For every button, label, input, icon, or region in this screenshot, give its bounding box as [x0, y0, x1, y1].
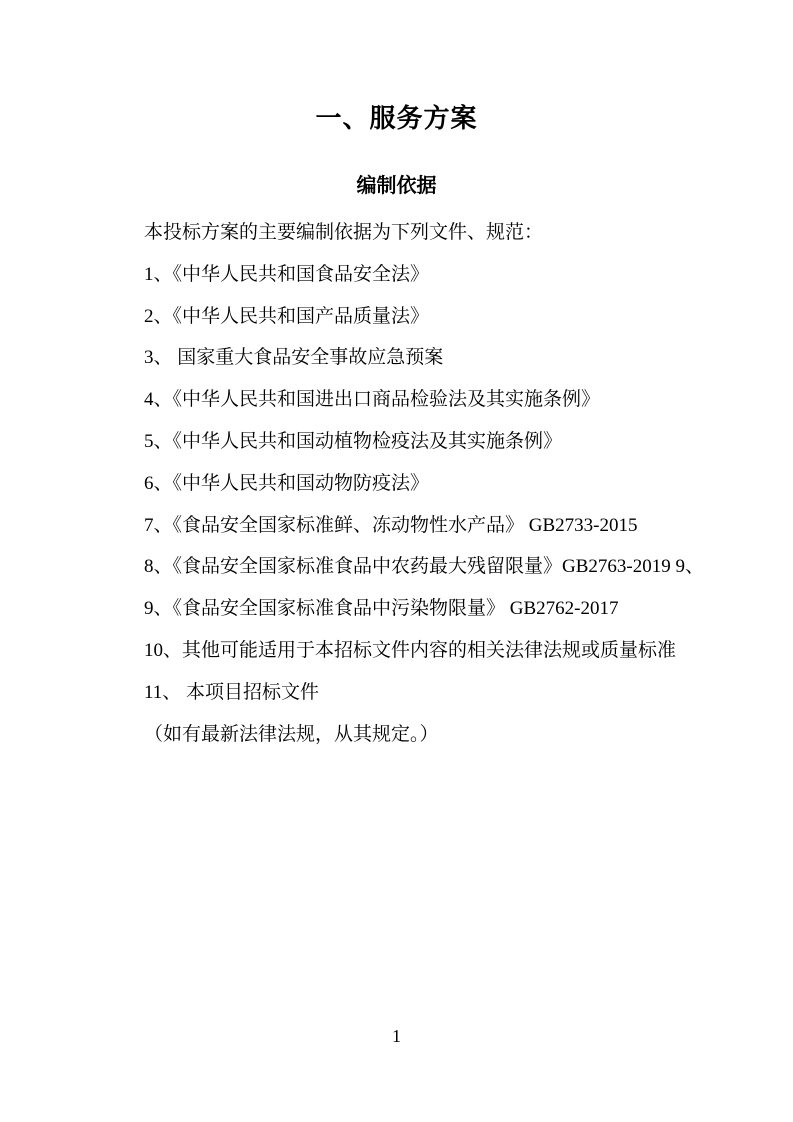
- intro-paragraph: 本投标方案的主要编制依据为下列文件、规范：: [144, 212, 704, 254]
- list-item-7: 7、《食品安全国家标准鲜、冻动物性水产品》 GB2733-2015: [144, 505, 704, 547]
- section-heading: 编制依据: [0, 172, 793, 200]
- document-page: 一、服务方案 编制依据 本投标方案的主要编制依据为下列文件、规范： 1、《中华人…: [0, 0, 793, 1122]
- list-item-5: 5、《中华人民共和国动植物检疫法及其实施条例》: [144, 421, 704, 463]
- list-item-11: 11、 本项目招标文件: [144, 672, 704, 714]
- page-number: 1: [0, 1024, 793, 1048]
- list-item-8: 8、《食品安全国家标准食品中农药最大残留限量》GB2763-2019 9、: [144, 546, 704, 588]
- list-item-1: 1、《中华人民共和国食品安全法》: [144, 254, 704, 296]
- list-item-4: 4、《中华人民共和国进出口商品检验法及其实施条例》: [144, 379, 704, 421]
- list-item-3: 3、 国家重大食品安全事故应急预案: [144, 337, 704, 379]
- note-paragraph: （如有最新法律法规，从其规定。）: [144, 714, 704, 756]
- list-item-2: 2、《中华人民共和国产品质量法》: [144, 296, 704, 338]
- document-title: 一、服务方案: [0, 102, 793, 136]
- list-item-10: 10、其他可能适用于本招标文件内容的相关法律法规或质量标准: [144, 630, 704, 672]
- document-body: 本投标方案的主要编制依据为下列文件、规范： 1、《中华人民共和国食品安全法》 2…: [144, 212, 704, 755]
- list-item-6: 6、《中华人民共和国动物防疫法》: [144, 463, 704, 505]
- list-item-9: 9、《食品安全国家标准食品中污染物限量》 GB2762-2017: [144, 588, 704, 630]
